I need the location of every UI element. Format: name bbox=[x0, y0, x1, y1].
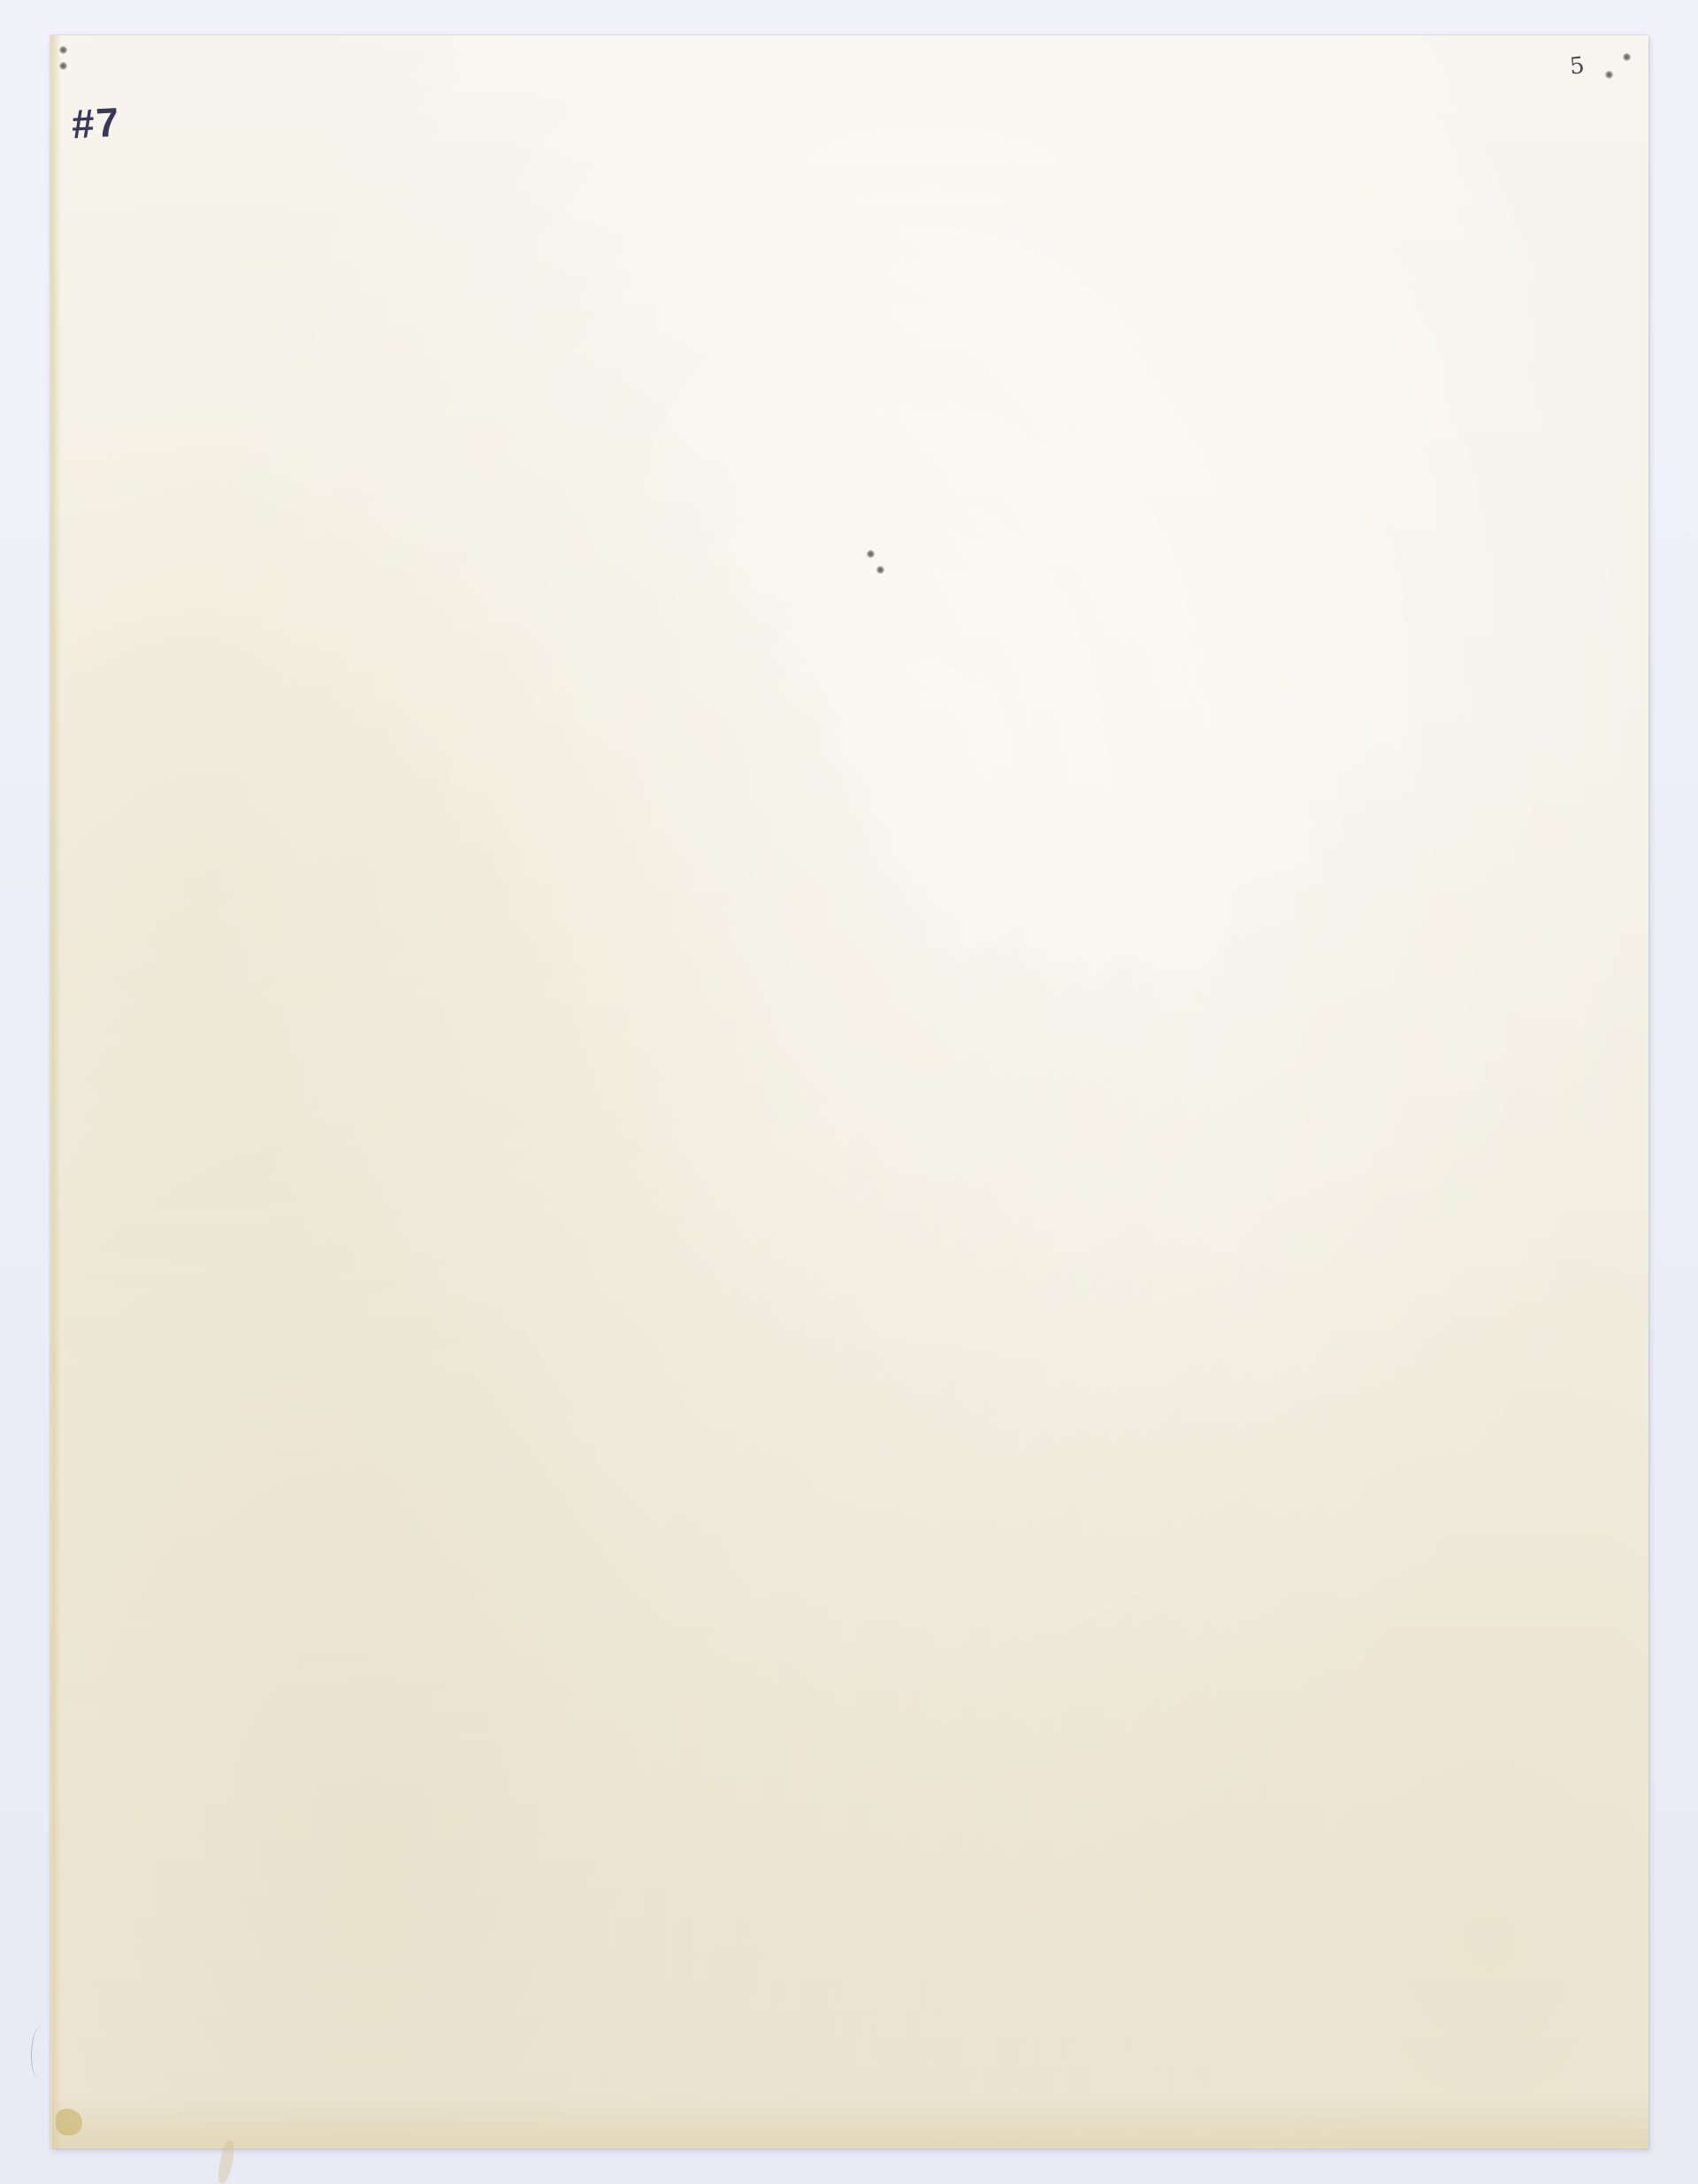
pinhole-top-left-2 bbox=[59, 62, 67, 70]
pinhole-top-left-1 bbox=[59, 46, 67, 54]
paper-sheet: #7 5 bbox=[50, 35, 1648, 2149]
pinhole-top-right-2 bbox=[1605, 71, 1613, 79]
paper-bottom-edge-discoloration bbox=[52, 2096, 1648, 2149]
pinhole-center-2 bbox=[876, 566, 884, 574]
pinhole-center-1 bbox=[867, 550, 875, 558]
pencil-page-number: 5 bbox=[1569, 52, 1587, 80]
paper-left-edge-discoloration bbox=[52, 35, 61, 2149]
stray-fiber bbox=[31, 2025, 50, 2078]
handwritten-sheet-number: #7 bbox=[71, 98, 122, 149]
stain-bottom-left bbox=[56, 2109, 82, 2135]
pinhole-top-right-1 bbox=[1623, 53, 1631, 61]
